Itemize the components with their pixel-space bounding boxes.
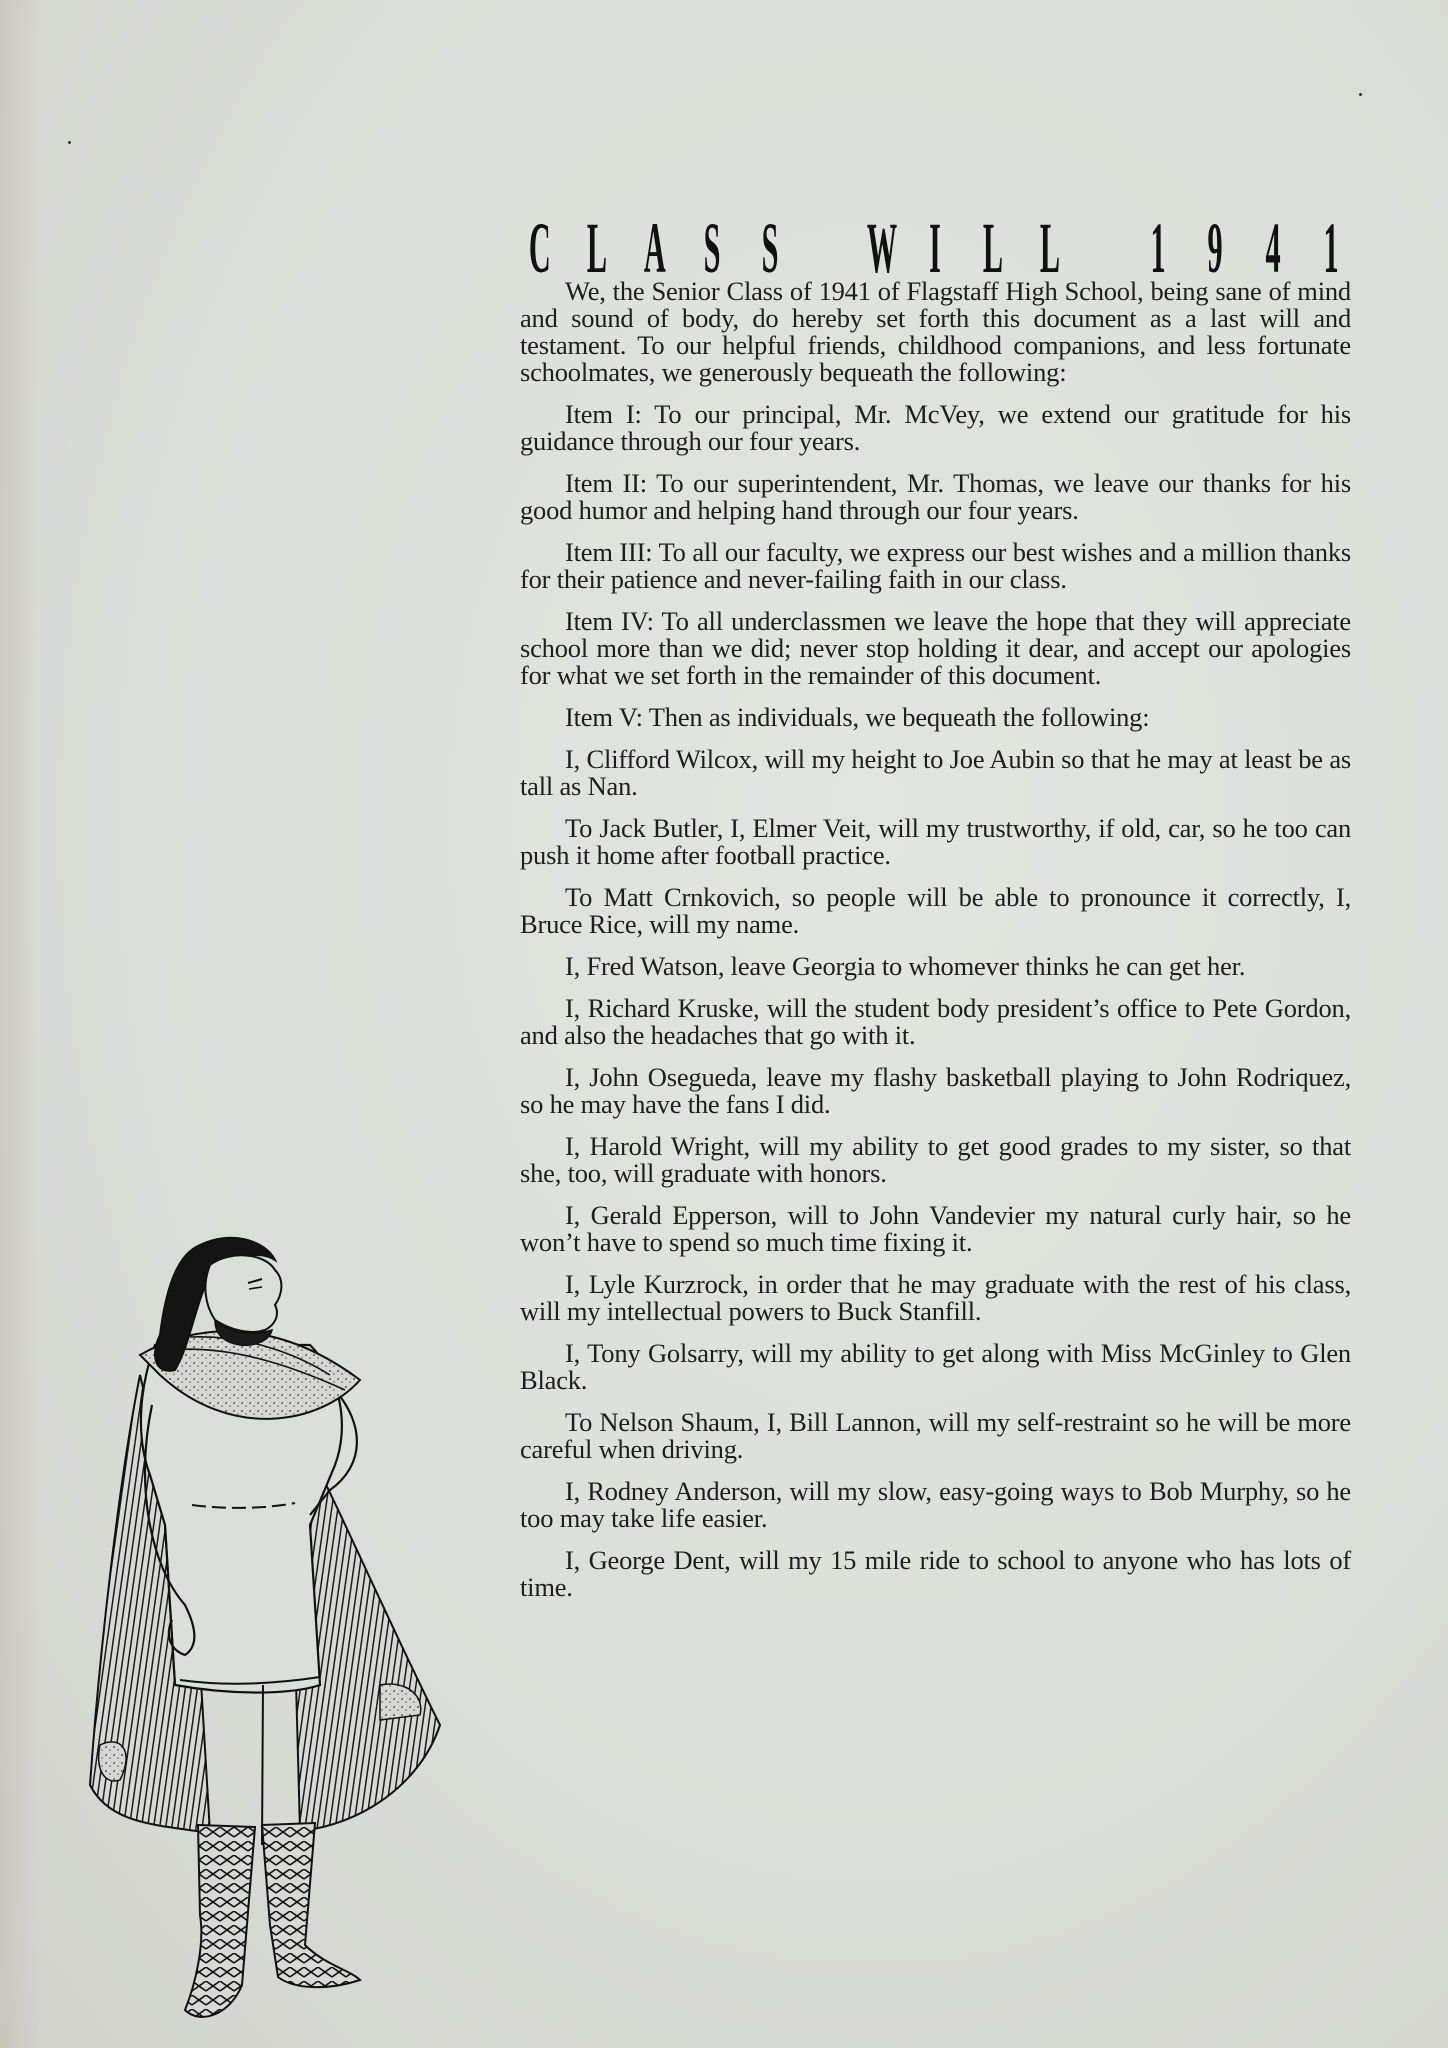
bequest-paragraph: I, Harold Wright, will my ability to get… <box>520 1133 1351 1187</box>
bequest-paragraph: I, Gerald Epperson, will to John Vandevi… <box>520 1202 1351 1256</box>
bequest-paragraph: To Jack Butler, I, Elmer Veit, will my t… <box>520 815 1351 869</box>
item-1-paragraph: Item I: To our principal, Mr. McVey, we … <box>520 401 1351 455</box>
bequest-paragraph: I, Tony Golsarry, will my ability to get… <box>520 1340 1351 1394</box>
bequest-paragraph: I, Lyle Kurzrock, in order that he may g… <box>520 1271 1351 1325</box>
paper-speck <box>1359 93 1362 96</box>
item-3-paragraph: Item III: To all our faculty, we express… <box>520 539 1351 593</box>
bequest-paragraph: To Nelson Shaum, I, Bill Lannon, will my… <box>520 1409 1351 1463</box>
bequest-paragraph: I, Richard Kruske, will the student body… <box>520 995 1351 1049</box>
caped-figure-illustration <box>80 1225 460 2025</box>
item-2-paragraph: Item II: To our superintendent, Mr. Thom… <box>520 470 1351 524</box>
bequest-paragraph: I, Fred Watson, leave Georgia to whomeve… <box>520 953 1351 980</box>
item-5-paragraph: Item V: Then as individuals, we bequeath… <box>520 704 1351 731</box>
yearbook-page: C L A S S W I L L 1 9 4 1 We, the Senior… <box>0 0 1448 2048</box>
page-edge-shadow <box>0 0 40 2048</box>
item-4-paragraph: Item IV: To all underclassmen we leave t… <box>520 608 1351 689</box>
bequest-paragraph: I, John Osegueda, leave my flashy basket… <box>520 1064 1351 1118</box>
bequest-paragraph: To Matt Crnkovich, so people will be abl… <box>520 884 1351 938</box>
intro-paragraph: We, the Senior Class of 1941 of Flagstaf… <box>520 278 1351 386</box>
paper-speck <box>68 141 71 144</box>
bequest-paragraph: I, George Dent, will my 15 mile ride to … <box>520 1547 1351 1601</box>
bequest-paragraph: I, Rodney Anderson, will my slow, easy-g… <box>520 1478 1351 1532</box>
class-will-body: We, the Senior Class of 1941 of Flagstaf… <box>520 278 1351 1616</box>
bequest-paragraph: I, Clifford Wilcox, will my height to Jo… <box>520 746 1351 800</box>
